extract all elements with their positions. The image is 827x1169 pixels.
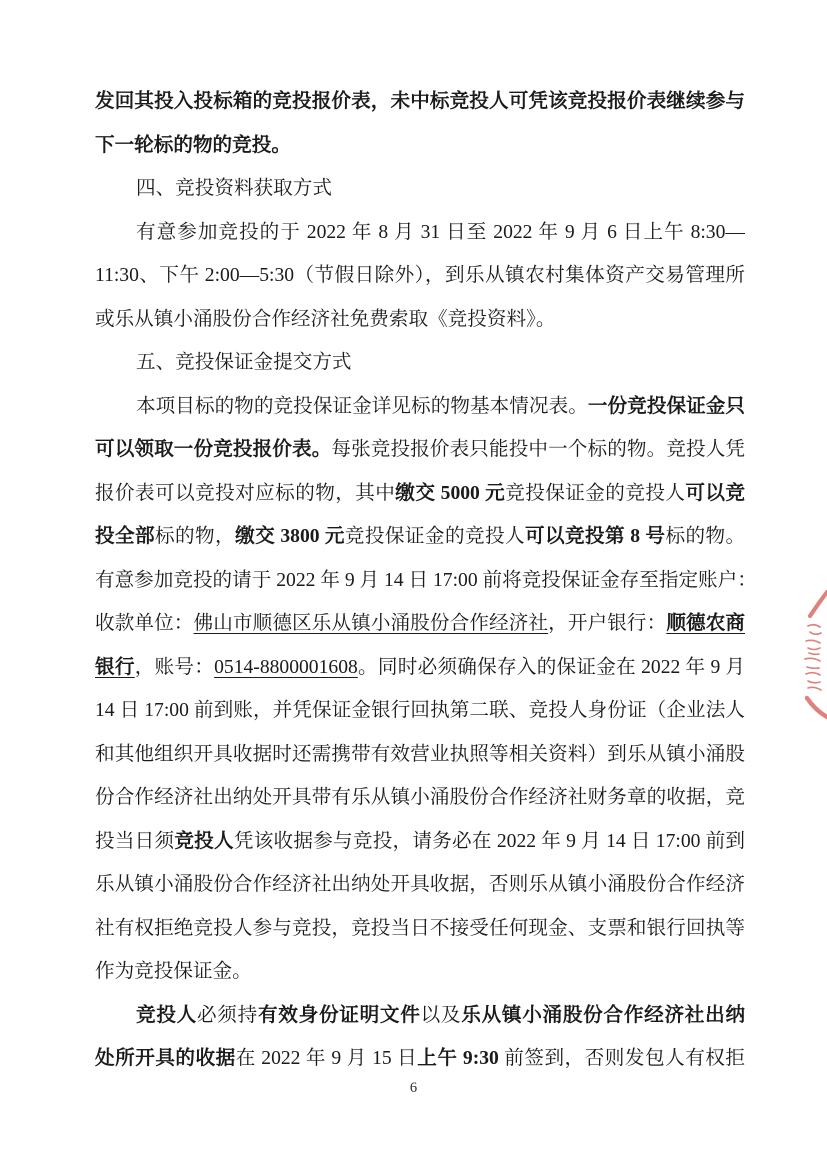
text-line: 有意参加竞投的于 2022 年 8 月 31 日至 2022 年 9 月 6 日… — [95, 211, 745, 255]
text-segment: 四、竞投资料获取方式 — [136, 178, 332, 199]
text-line: 竞投人必须持有效身份证明文件以及乐从镇小涌股份合作经济社出纳 — [95, 994, 745, 1038]
text-segment: 缴交 5000 元 — [395, 483, 505, 504]
text-segment: 作为竞投保证金。 — [95, 961, 252, 982]
text-segment: 必须持 — [197, 1005, 258, 1026]
text-segment: 有意参加竞投的于 2022 年 8 月 31 日至 2022 年 9 月 6 日… — [136, 222, 745, 243]
text-segment: 收款单位： — [95, 613, 194, 634]
text-segment: 发回其投入投标箱的竞投报价表，未中标竞投人可凭该竞投报价表继续参与 — [95, 91, 745, 112]
text-segment: 银行 — [95, 657, 135, 678]
text-segment: 投全部 — [95, 526, 155, 547]
text-segment: 竞投保证金的竞投人 — [505, 483, 685, 504]
text-segment: 可以竞 — [685, 483, 745, 504]
text-segment: ，开户银行： — [548, 613, 666, 634]
text-segment: 11:30、下午 2:00—5:30（节假日除外），到乐从镇农村集体资产交易管理… — [95, 265, 745, 286]
text-line: 11:30、下午 2:00—5:30（节假日除外），到乐从镇农村集体资产交易管理… — [95, 254, 745, 298]
text-line: 投全部标的物，缴交 3800 元竞投保证金的竞投人可以竞投第 8 号标的物。 — [95, 515, 745, 559]
text-segment: 处所开具的收据 — [95, 1048, 236, 1069]
text-segment: 。同时必须确保存入的保证金在 2022 年 9 月 — [358, 657, 745, 678]
text-segment: 竞投保证金的竞投人 — [345, 526, 525, 547]
text-line: 投当日须竞投人凭该收据参与竞投，请务必在 2022 年 9 月 14 日 17:… — [95, 820, 745, 864]
text-segment: 缴交 3800 元 — [235, 526, 345, 547]
text-segment: 乐从镇小涌股份合作经济社出纳 — [461, 1005, 745, 1026]
text-line: 发回其投入投标箱的竞投报价表，未中标竞投人可凭该竞投报价表继续参与 — [95, 80, 745, 124]
text-segment: 份合作经济社出纳处开具带有乐从镇小涌股份合作经济社财务章的收据，竞 — [95, 787, 745, 808]
text-line: 份合作经济社出纳处开具带有乐从镇小涌股份合作经济社财务章的收据，竞 — [95, 776, 745, 820]
text-segment: 佛山市顺德区乐从镇小涌股份合作经济社 — [194, 613, 549, 634]
text-segment: 顺德农商 — [666, 613, 745, 634]
text-segment: 标的物， — [155, 526, 235, 547]
text-segment: 有意参加竞投的请于 2022 年 9 月 14 日 17:00 前将竞投保证金存… — [95, 570, 745, 591]
text-line: 银行，账号：0514-8800001608。同时必须确保存入的保证金在 2022… — [95, 646, 745, 690]
text-line: 和其他组织开具收据时还需携带有效营业执照等相关资料）到乐从镇小涌股 — [95, 733, 745, 777]
text-line: 或乐从镇小涌股份合作经济社免费索取《竞投资料》。 — [95, 298, 745, 342]
text-segment: 以及 — [421, 1005, 462, 1026]
text-segment: 在 2022 年 9 月 15 日 — [236, 1048, 418, 1069]
text-segment: 或乐从镇小涌股份合作经济社免费索取《竞投资料》。 — [95, 309, 555, 330]
text-segment: 14 日 17:00 前到账，并凭保证金银行回执第二联、竞投人身份证（企业法人 — [95, 700, 745, 721]
page-number: 6 — [0, 1080, 827, 1097]
text-segment: 和其他组织开具收据时还需携带有效营业执照等相关资料）到乐从镇小涌股 — [95, 744, 745, 765]
text-segment: 乐从镇小涌股份合作经济社出纳处开具收据，否则乐从镇小涌股份合作经济 — [95, 874, 745, 895]
text-line: 作为竞投保证金。 — [95, 950, 745, 994]
text-segment: 有效身份证明文件 — [258, 1005, 421, 1026]
text-line: 处所开具的收据在 2022 年 9 月 15 日上午 9:30 前签到，否则发包… — [95, 1037, 745, 1081]
text-line: 本项目标的物的竞投保证金详见标的物基本情况表。一份竞投保证金只 — [95, 385, 745, 429]
text-segment: 标的物。 — [665, 526, 745, 547]
text-line: 报价表可以竞投对应标的物，其中缴交 5000 元竞投保证金的竞投人可以竞 — [95, 472, 745, 516]
text-segment: 上午 9:30 — [417, 1048, 499, 1069]
text-line: 五、竞投保证金提交方式 — [95, 341, 745, 385]
text-line: 可以领取一份竞投报价表。每张竞投报价表只能投中一个标的物。竞投人凭 — [95, 428, 745, 472]
text-segment: 可以领取一份竞投报价表。 — [95, 439, 331, 460]
text-segment: 竞投人 — [174, 831, 234, 852]
text-segment: 本项目标的物的竞投保证金详见标的物基本情况表。 — [136, 396, 588, 417]
text-line: 14 日 17:00 前到账，并凭保证金银行回执第二联、竞投人身份证（企业法人 — [95, 689, 745, 733]
text-segment: 竞投人 — [136, 1005, 197, 1026]
document-page: 发回其投入投标箱的竞投报价表，未中标竞投人可凭该竞投报价表继续参与下一轮标的物的… — [0, 0, 827, 1169]
seal-stroke-graphic — [796, 586, 827, 722]
text-segment: 五、竞投保证金提交方式 — [136, 352, 352, 373]
text-segment: ，账号： — [135, 657, 214, 678]
text-segment: 社有权拒绝竞投人参与竞投，竞投当日不接受任何现金、支票和银行回执等 — [95, 918, 745, 939]
text-segment: 凭该收据参与竞投，请务必在 2022 年 9 月 14 日 17:00 前到 — [234, 831, 745, 852]
text-line: 有意参加竞投的请于 2022 年 9 月 14 日 17:00 前将竞投保证金存… — [95, 559, 745, 603]
text-segment: 一份竞投保证金只 — [588, 396, 745, 417]
text-line: 收款单位：佛山市顺德区乐从镇小涌股份合作经济社，开户银行：顺德农商 — [95, 602, 745, 646]
text-segment: 下一轮标的物的竞投。 — [95, 135, 291, 156]
text-segment: 投当日须 — [95, 831, 174, 852]
text-line: 乐从镇小涌股份合作经济社出纳处开具收据，否则乐从镇小涌股份合作经济 — [95, 863, 745, 907]
red-seal-fragment — [796, 586, 827, 722]
text-line: 四、竞投资料获取方式 — [95, 167, 745, 211]
text-segment: 报价表可以竞投对应标的物，其中 — [95, 483, 395, 504]
text-line: 社有权拒绝竞投人参与竞投，竞投当日不接受任何现金、支票和银行回执等 — [95, 907, 745, 951]
text-segment: 每张竞投报价表只能投中一个标的物。竞投人凭 — [331, 439, 745, 460]
text-segment: 0514-8800001608 — [214, 657, 358, 678]
text-segment: 可以竞投第 8 号 — [525, 526, 665, 547]
text-line: 下一轮标的物的竞投。 — [95, 124, 745, 168]
text-segment: 前签到，否则发包人有权拒 — [499, 1048, 745, 1069]
document-text: 发回其投入投标箱的竞投报价表，未中标竞投人可凭该竞投报价表继续参与下一轮标的物的… — [95, 80, 745, 1081]
